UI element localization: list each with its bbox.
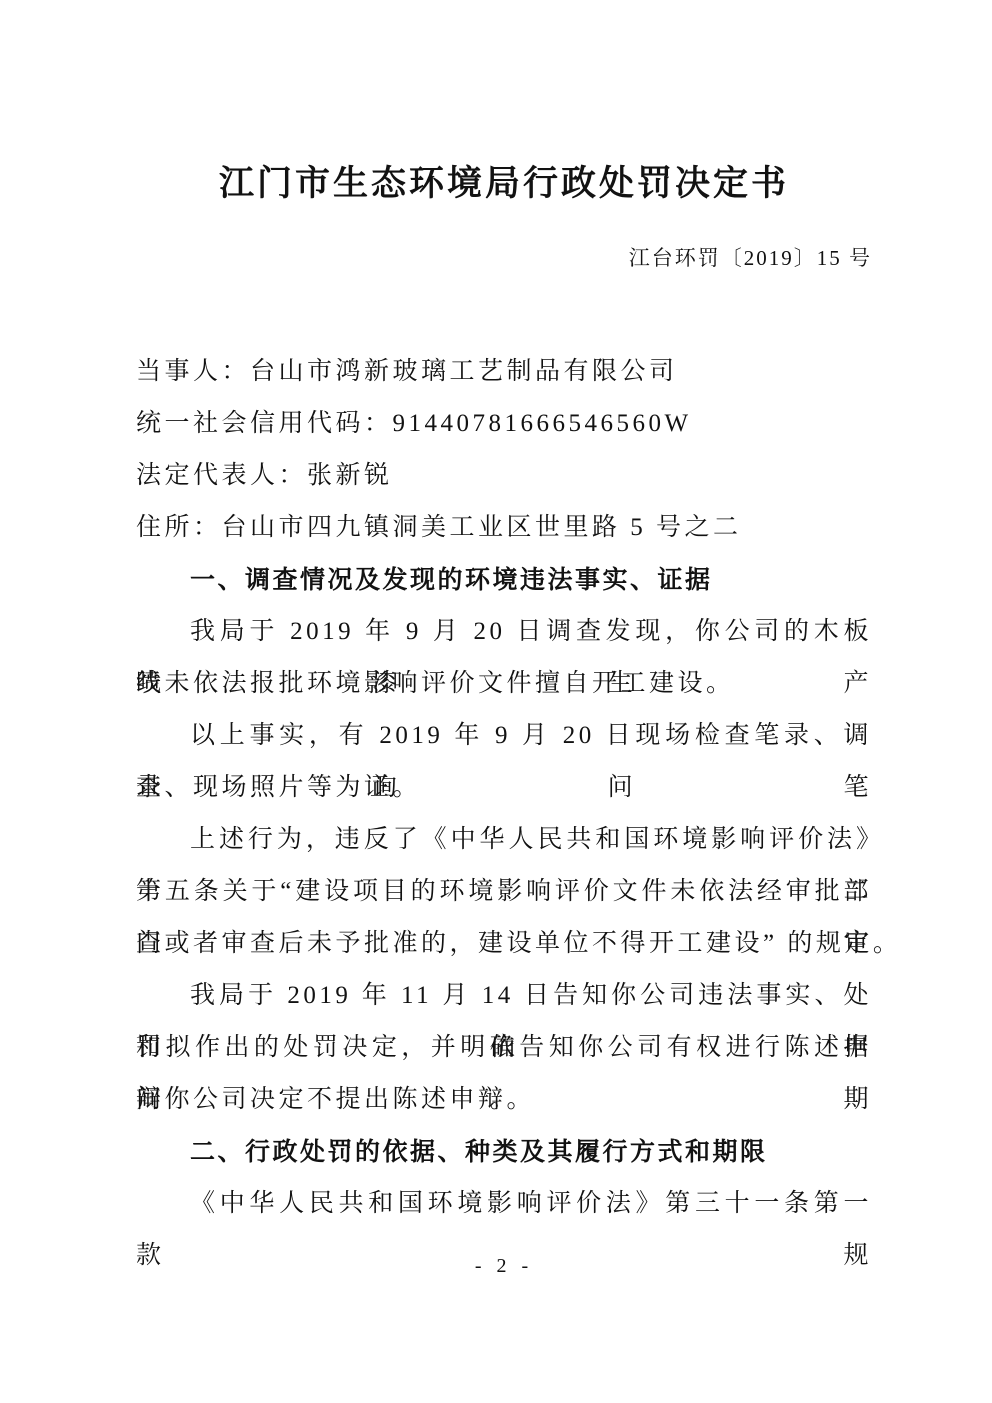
body-line: 查或者审查后未予批准的，建设单位不得开工建设” 的规定。 [136,918,872,970]
body-line-party: 当事人：台山市鸿新玻璃工艺制品有限公司 [136,346,872,398]
section-heading-1: 一、调查情况及发现的环境违法事实、证据 [136,554,872,606]
body-line: 上述行为，违反了《中华人民共和国环境影响评价法》第二 [136,814,872,866]
body-line-credit-code: 统一社会信用代码：91440781666546560W [136,398,872,450]
body-line-legal-rep: 法定代表人：张新锐 [136,450,872,502]
document-body: 当事人：台山市鸿新玻璃工艺制品有限公司 统一社会信用代码：91440781666… [136,346,872,1230]
body-line: 我局于 2019 年 11 月 14 日告知你公司违法事实、处罚依据 [136,970,872,1022]
body-line-address: 住所：台山市四九镇洞美工业区世里路 5 号之二 [136,502,872,554]
body-line: 以上事实，有 2019 年 9 月 20 日现场检查笔录、调查询问笔 [136,710,872,762]
section-heading-2: 二、行政处罚的依据、种类及其履行方式和期限 [136,1126,872,1178]
document-page: 江门市生态环境局行政处罚决定书 江台环罚〔2019〕15 号 当事人：台山市鸿新… [0,0,992,1403]
document-title: 江门市生态环境局行政处罚决定书 [136,158,872,210]
body-line: 我局于 2019 年 9 月 20 日调查发现，你公司的木板喷漆生产 [136,606,872,658]
body-line: 《中华人民共和国环境影响评价法》第三十一条第一款规 [136,1178,872,1230]
body-line: 十五条关于“建设项目的环境影响评价文件未依法经审批部门审 [136,866,872,918]
document-reference-number: 江台环罚〔2019〕15 号 [136,241,872,275]
page-number: - 2 - [136,1251,872,1281]
body-line: 和拟作出的处罚决定，并明确告知你公司有权进行陈述申辩。期 [136,1022,872,1074]
